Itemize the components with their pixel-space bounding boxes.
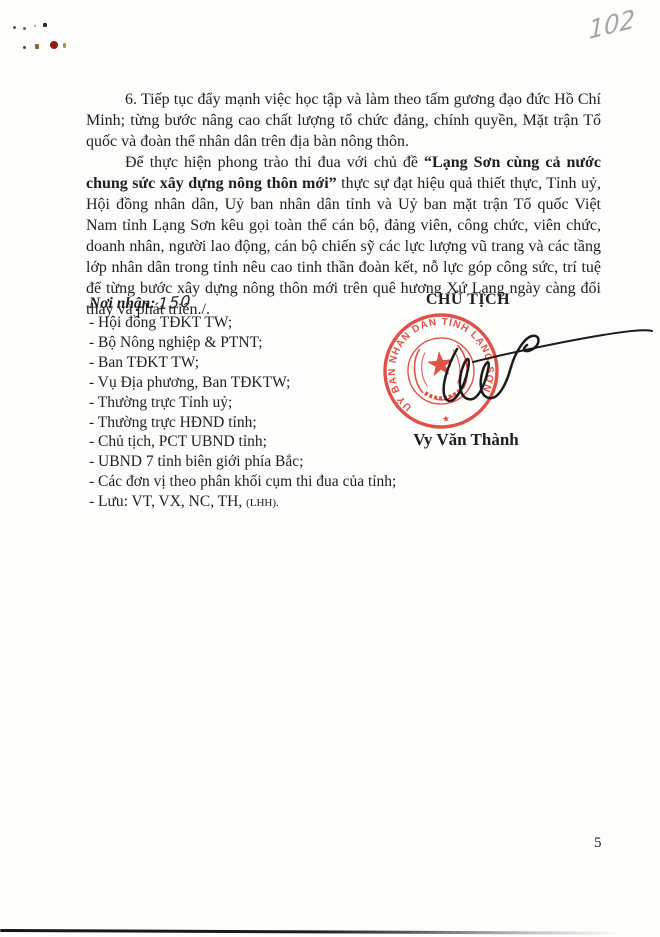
recipients-label: Nơi nhận: [89,295,155,313]
red-seal-stamp: UỶ BAN NHÂN DÂN TỈNH LẠNG SƠN ★ [379,309,502,432]
official-seal-and-signature: UỶ BAN NHÂN DÂN TỈNH LẠNG SƠN ★ [375,305,660,440]
ink-speck [50,41,58,49]
ink-speck [35,44,39,49]
recipient-item: - Ban TĐKT TW; [89,353,389,373]
ink-speck [13,26,16,29]
recipient-item: - Thường trực Tỉnh uỷ; [89,393,389,413]
recipient-item: - Các đơn vị theo phân khối cụm thi đua … [89,472,389,492]
page-number: 5 [594,835,602,852]
emblem-wreath-left [412,349,424,394]
recipient-luu-main: - Lưu: VT, VX, NC, TH, [89,493,246,510]
recipient-item-luu: - Lưu: VT, VX, NC, TH, (LHH). [89,492,389,514]
recipient-item: - Thường trực HĐND tỉnh; [89,413,389,433]
recipient-item: - Chủ tịch, PCT UBND tỉnh; [89,432,389,452]
scanned-document-page: 102 6. Tiếp tục đẩy mạnh việc học tập và… [0,0,660,937]
ink-speck [43,23,47,27]
emblem-wreath-left-inner [420,353,429,387]
ink-speck [63,43,66,48]
ink-speck [34,25,36,27]
recipient-item: - Hội đồng TĐKT TW; [89,313,389,333]
signature-long-stroke [473,330,652,362]
paragraph-item-6: 6. Tiếp tục đẩy mạnh việc học tập và làm… [86,89,601,152]
handwritten-sheet-number: 102 [589,4,635,45]
document-body: 6. Tiếp tục đẩy mạnh việc học tập và làm… [86,89,601,320]
recipient-luu-initials: (LHH). [246,497,279,509]
seal-bottom-star-icon: ★ [441,413,450,424]
handwritten-copy-count: 150 [158,291,192,313]
ink-speck [23,46,26,49]
signer-name: Vy Văn Thành [386,430,546,450]
recipient-item: - UBND 7 tỉnh biên giới phía Bắc; [89,452,389,472]
ink-speck [23,27,26,30]
recipients-block: Nơi nhận:150 - Hội đồng TĐKT TW; - Bộ Nô… [89,293,389,514]
recipients-header: Nơi nhận:150 [89,293,389,313]
scan-edge-line [0,929,632,935]
recipient-item: - Vụ Địa phương, Ban TĐKTW; [89,373,389,393]
recipient-item: - Bộ Nông nghiệp & PTNT; [89,333,389,353]
closing-pre-text: Để thực hiện phong trào thi đua với chủ … [125,154,424,171]
